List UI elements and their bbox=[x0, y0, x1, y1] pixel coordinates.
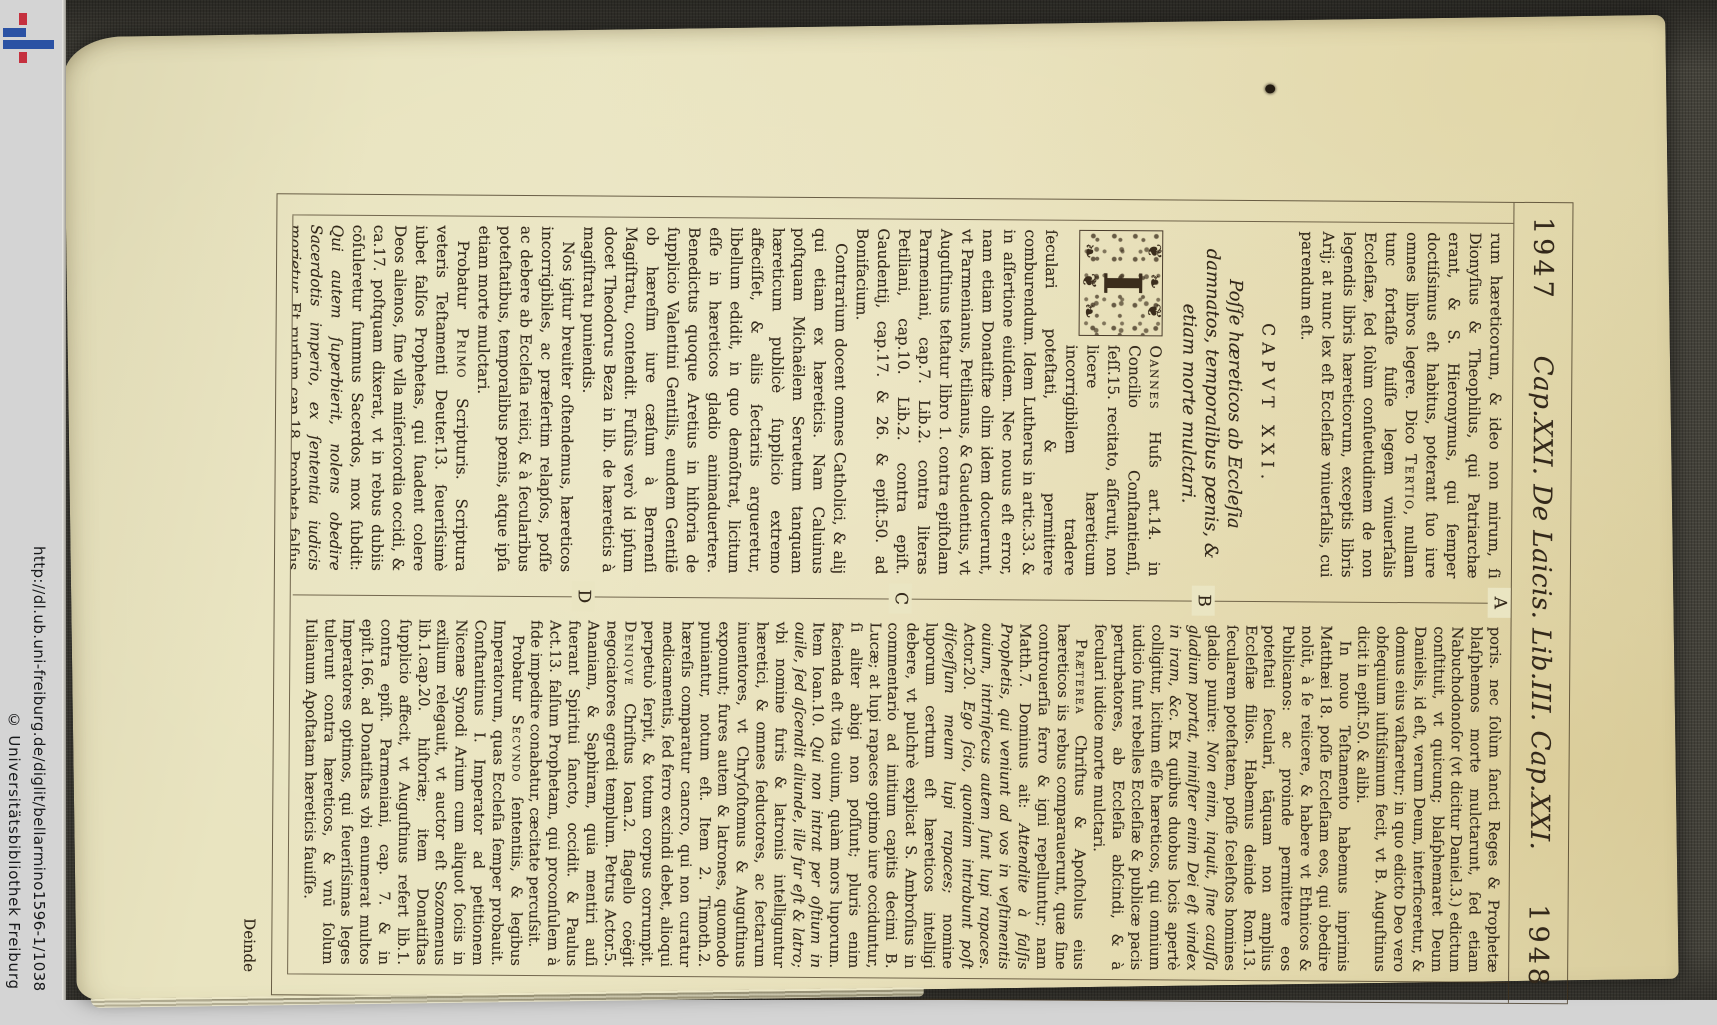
text-run: nomine luporum certum eſt hæreticos inte… bbox=[809, 622, 956, 969]
paragraph: Contrarium docent omnes Catholici, & ali… bbox=[576, 226, 851, 574]
text-run: In nouo Teſtamento habemus inprimis Matt… bbox=[1204, 625, 1353, 972]
text-run: vbi nomine furis & latronis intelliguntu… bbox=[638, 621, 789, 968]
initial-letter: I bbox=[1111, 231, 1133, 335]
margin-letter-C: C bbox=[889, 584, 912, 614]
column-number-right: 1948 bbox=[1523, 904, 1555, 989]
logo-red-bar-top bbox=[19, 13, 27, 25]
paragraph: rum hæreticorum, & ideo non mirum, ſi Di… bbox=[1294, 231, 1506, 578]
book-page-scan: 1947 Cap.XXI. De Laicis. Lib.III. Cap.XX… bbox=[63, 15, 1678, 1000]
chapter-title: Poſſe hæreticos ab Eccleſia damnatos, te… bbox=[1176, 237, 1247, 571]
left-text-column: rum hæreticorum, & ideo non mirum, ſi Di… bbox=[291, 215, 1514, 588]
text-run: Probatur bbox=[508, 635, 526, 715]
text-run: Oannes bbox=[1146, 345, 1164, 410]
columns-frame: rum hæreticorum, & ideo non mirum, ſi Di… bbox=[272, 194, 1514, 1000]
logo-blue-bar-short bbox=[3, 28, 26, 37]
copyright-label: © Universitätsbibliothek Freiburg bbox=[5, 711, 23, 990]
text-run: ſententiis, & legibus Imperatorum, quas … bbox=[300, 618, 525, 966]
paragraph: Nos igitur breuiter oſtendemus, hæretico… bbox=[471, 226, 578, 573]
margin-letter-B: B bbox=[1192, 586, 1215, 616]
catchword: Deinde bbox=[240, 918, 258, 972]
margin-letter-D: D bbox=[572, 581, 595, 611]
printed-block-area: 1947 Cap.XXI. De Laicis. Lib.III. Cap.XX… bbox=[279, 175, 1585, 993]
paragraph: Probatur Secvndo ſententiis, & legibus I… bbox=[298, 618, 526, 966]
text-run: poris. nec ſolùm ſancti Reges & Prophetæ… bbox=[1354, 626, 1504, 973]
scan-frame-edge bbox=[62, 0, 66, 1000]
source-url-label: http://dl.ub.uni-freiburg.de/diglit/bell… bbox=[30, 546, 48, 992]
paragraph: Probatur Primo Scripturis. Scriptura vet… bbox=[291, 223, 473, 571]
text-run: Primo bbox=[453, 328, 471, 379]
text-run: Nos igitur breuiter oſtendemus, hæretico… bbox=[474, 226, 577, 573]
text-run: Scripturis. Scriptura veteris Teſtamenti… bbox=[347, 225, 471, 572]
right-text-column: poris. nec ſolùm ſancti Reges & Prophetæ… bbox=[288, 609, 1511, 982]
text-run: Secvndo bbox=[508, 715, 525, 784]
running-header: 1947 Cap.XXI. De Laicis. Lib.III. Cap.XX… bbox=[1508, 203, 1573, 1000]
paragraph: poris. nec ſolùm ſancti Reges & Prophetæ… bbox=[1351, 626, 1504, 973]
text-run: Actor.20. bbox=[960, 623, 978, 701]
paragraph: IOannes Huſs art.14. in Concilio Conſtan… bbox=[849, 228, 1166, 576]
page-blemish-dot bbox=[1265, 84, 1275, 93]
caput-heading: CAPVT XXI. bbox=[1255, 231, 1278, 577]
text-run: Contrarium docent omnes Catholici, & ali… bbox=[579, 226, 850, 574]
paragraph: Præterea Chriſtus & Apoſtolus eius hæret… bbox=[524, 620, 1090, 970]
paragraph: In nouo Teſtamento habemus inprimis Matt… bbox=[1088, 624, 1354, 972]
scan-sidebar: http://dl.ub.uni-freiburg.de/diglit/bell… bbox=[0, 0, 62, 1000]
text-block: 1947 Cap.XXI. De Laicis. Lib.III. Cap.XX… bbox=[271, 193, 1574, 1000]
logo-red-bar-bottom bbox=[19, 52, 27, 63]
ub-freiburg-logo-icon bbox=[0, 0, 62, 70]
text-run: Probatur bbox=[454, 240, 473, 328]
text-run: Præterea bbox=[1072, 639, 1090, 715]
decorated-initial: I bbox=[1079, 230, 1164, 337]
margin-letter-A: A bbox=[1488, 588, 1511, 618]
text-run: Tertio bbox=[1401, 454, 1419, 511]
logo-blue-bar-long bbox=[3, 40, 54, 49]
column-number-left: 1947 bbox=[1527, 217, 1559, 302]
running-title: Cap.XXI. De Laicis. Lib.III. Cap.XXI. bbox=[1524, 302, 1558, 905]
text-run: , nullam tunc fortaſſe fuiſſe legem vniu… bbox=[1298, 231, 1420, 578]
text-run: Deniqve bbox=[621, 621, 638, 687]
columns-inner-frame: rum hæreticorum, & ideo non mirum, ſi Di… bbox=[287, 214, 1513, 983]
